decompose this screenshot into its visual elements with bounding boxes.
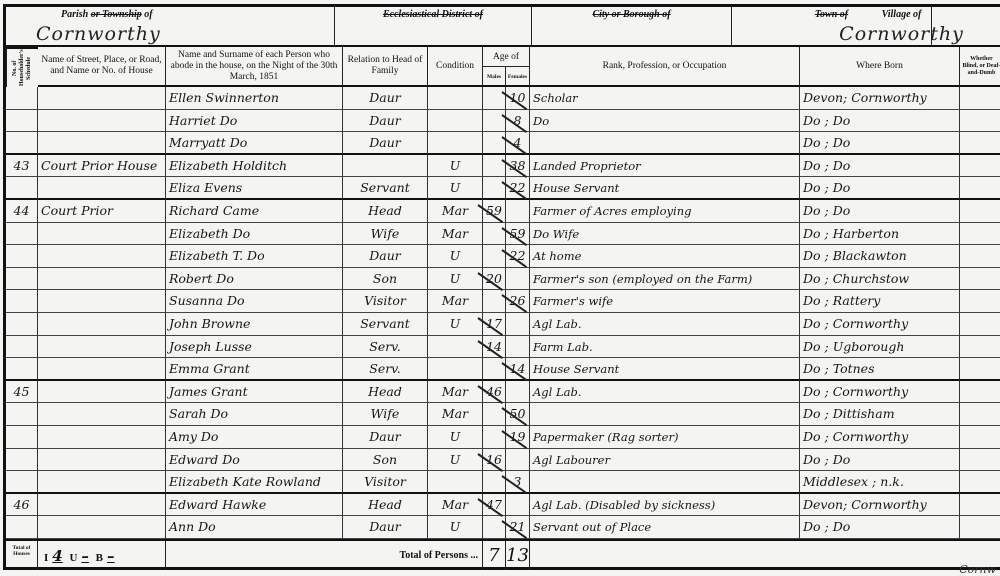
corner-note: Cornw bbox=[959, 563, 996, 576]
cell-street bbox=[38, 177, 166, 200]
cell-name: Ellen Swinnerton bbox=[166, 87, 343, 110]
cell-condition bbox=[428, 87, 483, 110]
col-condition: Condition bbox=[428, 47, 483, 87]
cell-relation: Daur bbox=[343, 110, 428, 133]
cell-schedule bbox=[6, 313, 38, 336]
building-label: B bbox=[96, 552, 103, 564]
cell-relation: Daur bbox=[343, 87, 428, 110]
cell-blind bbox=[960, 290, 1000, 313]
cell-street bbox=[38, 494, 166, 517]
cell-condition: U bbox=[428, 245, 483, 268]
cell-occupation: Agl Labourer bbox=[530, 449, 800, 472]
cell-born: Do ; Do bbox=[800, 200, 960, 223]
census-row: John BrowneServantU17Agl Lab.Do ; Cornwo… bbox=[6, 313, 1000, 336]
cell-name: Amy Do bbox=[166, 426, 343, 449]
cell-blind bbox=[960, 449, 1000, 472]
cell-street bbox=[38, 516, 166, 539]
cell-name: Elizabeth Holditch bbox=[166, 155, 343, 178]
col-name: Name and Surname of each Person who abod… bbox=[166, 47, 343, 87]
cell-schedule bbox=[6, 358, 38, 381]
cell-blind bbox=[960, 516, 1000, 539]
census-row: 44Court PriorRichard CameHeadMar59Farmer… bbox=[6, 200, 1000, 223]
cell-name: Susanna Do bbox=[166, 290, 343, 313]
cell-condition: U bbox=[428, 177, 483, 200]
cell-condition: Mar bbox=[428, 494, 483, 517]
cell-schedule bbox=[6, 268, 38, 291]
cell-condition: U bbox=[428, 155, 483, 178]
cell-schedule: 46 bbox=[6, 494, 38, 517]
cell-occupation: Do Wife bbox=[530, 223, 800, 246]
cell-schedule bbox=[6, 449, 38, 472]
census-row: Emma GrantServ.14House ServantDo ; Totne… bbox=[6, 358, 1000, 381]
cell-condition: Mar bbox=[428, 403, 483, 426]
cell-street: Court Prior bbox=[38, 200, 166, 223]
cell-condition bbox=[428, 110, 483, 133]
cell-relation: Wife bbox=[343, 403, 428, 426]
cell-relation: Visitor bbox=[343, 471, 428, 494]
cell-schedule bbox=[6, 223, 38, 246]
cell-born: Do ; Do bbox=[800, 449, 960, 472]
census-row: Marryatt DoDaur4Do ; Do bbox=[6, 132, 1000, 155]
total-females: 13 bbox=[506, 541, 530, 570]
cell-female bbox=[506, 381, 530, 404]
cell-relation: Visitor bbox=[343, 290, 428, 313]
cell-schedule bbox=[6, 245, 38, 268]
census-row: Joseph LusseServ.14Farm Lab.Do ; Ugborou… bbox=[6, 336, 1000, 359]
total-persons-label: Total of Persons ... bbox=[166, 541, 483, 570]
cell-born: Do ; Churchstow bbox=[800, 268, 960, 291]
cell-name: John Browne bbox=[166, 313, 343, 336]
census-sheet: Parish or Township of Cornworthy Ecclesi… bbox=[3, 4, 1000, 570]
cell-schedule bbox=[6, 177, 38, 200]
cell-schedule bbox=[6, 290, 38, 313]
cell-occupation: Farmer of Acres employing bbox=[530, 200, 800, 223]
census-row: Edward DoSonU16Agl LabourerDo ; Do bbox=[6, 449, 1000, 472]
cell-street bbox=[38, 223, 166, 246]
census-row: Elizabeth T. DoDaurU22At homeDo ; Blacka… bbox=[6, 245, 1000, 268]
cell-name: Ann Do bbox=[166, 516, 343, 539]
cell-relation: Daur bbox=[343, 132, 428, 155]
ecclesiastical-cell: Ecclesiastical District of bbox=[335, 7, 532, 45]
cell-occupation: Servant out of Place bbox=[530, 516, 800, 539]
cell-female bbox=[506, 336, 530, 359]
cell-blind bbox=[960, 268, 1000, 291]
cell-name: Robert Do bbox=[166, 268, 343, 291]
totals-row: Total of Houses I4 U– B– Total of Person… bbox=[6, 539, 1000, 570]
cell-blind bbox=[960, 87, 1000, 110]
cell-street bbox=[38, 313, 166, 336]
cell-street bbox=[38, 426, 166, 449]
cell-street bbox=[38, 358, 166, 381]
cell-born: Do ; Ugborough bbox=[800, 336, 960, 359]
census-row: Harriet DoDaur8DoDo ; Do bbox=[6, 110, 1000, 133]
cell-born: Do ; Do bbox=[800, 155, 960, 178]
city-cell: City or Borough of bbox=[532, 7, 732, 45]
cell-blind bbox=[960, 132, 1000, 155]
cell-condition bbox=[428, 358, 483, 381]
total-males: 7 bbox=[483, 541, 506, 570]
village-value: Cornworthy bbox=[800, 23, 1000, 45]
cell-relation: Daur bbox=[343, 516, 428, 539]
cell-relation: Son bbox=[343, 449, 428, 472]
cell-condition bbox=[428, 132, 483, 155]
col-born: Where Born bbox=[800, 47, 960, 87]
census-row: Sarah DoWifeMar50Do ; Dittisham bbox=[6, 403, 1000, 426]
header-row: Parish or Township of Cornworthy Ecclesi… bbox=[6, 7, 1000, 47]
cell-relation: Servant bbox=[343, 313, 428, 336]
cell-born: Do ; Cornworthy bbox=[800, 426, 960, 449]
cell-street bbox=[38, 268, 166, 291]
cell-name: Harriet Do bbox=[166, 110, 343, 133]
cell-blind bbox=[960, 223, 1000, 246]
cell-male bbox=[483, 223, 506, 246]
cell-name: Edward Do bbox=[166, 449, 343, 472]
cell-born: Do ; Do bbox=[800, 177, 960, 200]
cell-schedule: 44 bbox=[6, 200, 38, 223]
cell-relation: Daur bbox=[343, 245, 428, 268]
census-row: 43Court Prior HouseElizabeth HolditchU38… bbox=[6, 155, 1000, 178]
col-blind: Whether Blind, or Deaf-and-Dumb bbox=[960, 47, 1000, 87]
cell-occupation: Agl Lab. bbox=[530, 381, 800, 404]
cell-blind bbox=[960, 471, 1000, 494]
cell-blind bbox=[960, 245, 1000, 268]
cell-occupation: Farmer's son (employed on the Farm) bbox=[530, 268, 800, 291]
parish-label-text: Parish bbox=[61, 9, 88, 20]
cell-blind bbox=[960, 200, 1000, 223]
cell-street bbox=[38, 381, 166, 404]
parish-cell: Parish or Township of Cornworthy bbox=[6, 7, 335, 45]
cell-relation bbox=[343, 155, 428, 178]
cell-born: Do ; Harberton bbox=[800, 223, 960, 246]
census-row: Ellen SwinnertonDaur10ScholarDevon; Corn… bbox=[6, 87, 1000, 110]
cell-street bbox=[38, 449, 166, 472]
cell-condition bbox=[428, 336, 483, 359]
col-relation: Relation to Head of Family bbox=[343, 47, 428, 87]
cell-blind bbox=[960, 358, 1000, 381]
cell-condition: U bbox=[428, 313, 483, 336]
cell-street bbox=[38, 290, 166, 313]
census-row: 45James GrantHeadMar46Agl Lab.Do ; Cornw… bbox=[6, 381, 1000, 404]
cell-schedule bbox=[6, 336, 38, 359]
cell-schedule bbox=[6, 516, 38, 539]
cell-schedule: 43 bbox=[6, 155, 38, 178]
census-row: Ann DoDaurU21Servant out of PlaceDo ; Do bbox=[6, 516, 1000, 539]
houses-counts: I4 U– B– bbox=[38, 541, 166, 570]
col-schedule: No. of Householder's Schedule bbox=[6, 47, 38, 87]
cell-blind bbox=[960, 381, 1000, 404]
cell-female bbox=[506, 200, 530, 223]
cell-born: Do ; Do bbox=[800, 132, 960, 155]
census-row: Amy DoDaurU19Papermaker (Rag sorter)Do ;… bbox=[6, 426, 1000, 449]
cell-occupation: Farmer's wife bbox=[530, 290, 800, 313]
cell-born: Do ; Cornworthy bbox=[800, 381, 960, 404]
cell-occupation: Papermaker (Rag sorter) bbox=[530, 426, 800, 449]
building-value: – bbox=[103, 547, 119, 565]
cell-condition bbox=[428, 471, 483, 494]
cell-street bbox=[38, 336, 166, 359]
cell-occupation bbox=[530, 403, 800, 426]
cell-born: Do ; Totnes bbox=[800, 358, 960, 381]
cell-name: Richard Came bbox=[166, 200, 343, 223]
cell-male bbox=[483, 110, 506, 133]
cell-born: Do ; Rattery bbox=[800, 290, 960, 313]
city-label: City or Borough of bbox=[532, 9, 731, 20]
parish-label-tail: of bbox=[144, 9, 152, 20]
cell-street bbox=[38, 87, 166, 110]
cell-name: Joseph Lusse bbox=[166, 336, 343, 359]
cell-condition: Mar bbox=[428, 200, 483, 223]
cell-street bbox=[38, 245, 166, 268]
cell-female bbox=[506, 313, 530, 336]
cell-name: James Grant bbox=[166, 381, 343, 404]
cell-schedule bbox=[6, 471, 38, 494]
cell-schedule bbox=[6, 87, 38, 110]
cell-occupation: At home bbox=[530, 245, 800, 268]
cell-condition: Mar bbox=[428, 290, 483, 313]
cell-occupation: Agl Lab. bbox=[530, 313, 800, 336]
cell-street bbox=[38, 132, 166, 155]
census-row: Robert DoSonU20Farmer's son (employed on… bbox=[6, 268, 1000, 291]
cell-schedule: 45 bbox=[6, 381, 38, 404]
cell-relation: Head bbox=[343, 381, 428, 404]
cell-name: Elizabeth T. Do bbox=[166, 245, 343, 268]
parish-label-struck: or Township bbox=[91, 9, 142, 20]
cell-female bbox=[506, 449, 530, 472]
census-row: Elizabeth DoWifeMar59Do WifeDo ; Harbert… bbox=[6, 223, 1000, 246]
cell-blind bbox=[960, 336, 1000, 359]
cell-born: Middlesex ; n.k. bbox=[800, 471, 960, 494]
cell-street bbox=[38, 110, 166, 133]
cell-blind bbox=[960, 177, 1000, 200]
cell-name: Elizabeth Do bbox=[166, 223, 343, 246]
cell-female bbox=[506, 494, 530, 517]
cell-relation: Head bbox=[343, 494, 428, 517]
census-row: 46Edward HawkeHeadMar47Agl Lab. (Disable… bbox=[6, 494, 1000, 517]
cell-street bbox=[38, 403, 166, 426]
cell-blind bbox=[960, 426, 1000, 449]
inhabited-value: 4 bbox=[48, 547, 66, 565]
cell-blind bbox=[960, 403, 1000, 426]
uninhabited-value: – bbox=[77, 547, 93, 565]
cell-occupation: House Servant bbox=[530, 358, 800, 381]
village-cell-inner: Village of Cornworthy bbox=[800, 7, 1000, 45]
cell-born: Do ; Cornworthy bbox=[800, 313, 960, 336]
cell-condition: Mar bbox=[428, 381, 483, 404]
footer-blank bbox=[530, 541, 1000, 570]
cell-schedule bbox=[6, 132, 38, 155]
col-occupation: Rank, Profession, or Occupation bbox=[530, 47, 800, 87]
cell-born: Devon; Cornworthy bbox=[800, 87, 960, 110]
cell-born: Do ; Blackawton bbox=[800, 245, 960, 268]
cell-occupation: Landed Proprietor bbox=[530, 155, 800, 178]
cell-relation: Son bbox=[343, 268, 428, 291]
cell-female bbox=[506, 268, 530, 291]
cell-schedule bbox=[6, 403, 38, 426]
cell-schedule bbox=[6, 426, 38, 449]
cell-name: Sarah Do bbox=[166, 403, 343, 426]
census-row: Susanna DoVisitorMar26Farmer's wifeDo ; … bbox=[6, 290, 1000, 313]
cell-name: Marryatt Do bbox=[166, 132, 343, 155]
cell-street bbox=[38, 471, 166, 494]
cell-name: Eliza Evens bbox=[166, 177, 343, 200]
cell-occupation: Farm Lab. bbox=[530, 336, 800, 359]
cell-schedule bbox=[6, 110, 38, 133]
cell-relation: Serv. bbox=[343, 358, 428, 381]
cell-occupation: Agl Lab. (Disabled by sickness) bbox=[530, 494, 800, 517]
cell-blind bbox=[960, 494, 1000, 517]
parish-value: Cornworthy bbox=[6, 23, 334, 45]
cell-born: Do ; Do bbox=[800, 110, 960, 133]
col-age: Age of bbox=[483, 47, 530, 67]
cell-street: Court Prior House bbox=[38, 155, 166, 178]
census-row: Eliza EvensServantU22House ServantDo ; D… bbox=[6, 177, 1000, 200]
cell-name: Emma Grant bbox=[166, 358, 343, 381]
cell-relation: Wife bbox=[343, 223, 428, 246]
cell-occupation: House Servant bbox=[530, 177, 800, 200]
cell-condition: U bbox=[428, 268, 483, 291]
cell-relation: Daur bbox=[343, 426, 428, 449]
village-label: Village of bbox=[800, 9, 1000, 20]
cell-relation: Head bbox=[343, 200, 428, 223]
cell-name: Edward Hawke bbox=[166, 494, 343, 517]
cell-occupation bbox=[530, 132, 800, 155]
total-houses-label: Total of Houses bbox=[6, 541, 38, 570]
cell-blind bbox=[960, 110, 1000, 133]
col-males: Males bbox=[483, 67, 506, 87]
cell-condition: U bbox=[428, 426, 483, 449]
cell-blind bbox=[960, 313, 1000, 336]
census-row: Elizabeth Kate RowlandVisitor3Middlesex … bbox=[6, 471, 1000, 494]
cell-occupation: Do bbox=[530, 110, 800, 133]
cell-born: Do ; Dittisham bbox=[800, 403, 960, 426]
cell-relation: Serv. bbox=[343, 336, 428, 359]
cell-condition: Mar bbox=[428, 223, 483, 246]
cell-blind bbox=[960, 155, 1000, 178]
col-females: Females bbox=[506, 67, 530, 87]
col-street: Name of Street, Place, or Road, and Name… bbox=[38, 47, 166, 87]
cell-occupation bbox=[530, 471, 800, 494]
ecclesiastical-label: Ecclesiastical District of bbox=[335, 9, 531, 20]
cell-name: Elizabeth Kate Rowland bbox=[166, 471, 343, 494]
cell-condition: U bbox=[428, 516, 483, 539]
cell-condition: U bbox=[428, 449, 483, 472]
parish-label: Parish or Township of bbox=[6, 9, 334, 20]
cell-born: Do ; Do bbox=[800, 516, 960, 539]
cell-occupation: Scholar bbox=[530, 87, 800, 110]
cell-born: Devon; Cornworthy bbox=[800, 494, 960, 517]
cell-relation: Servant bbox=[343, 177, 428, 200]
